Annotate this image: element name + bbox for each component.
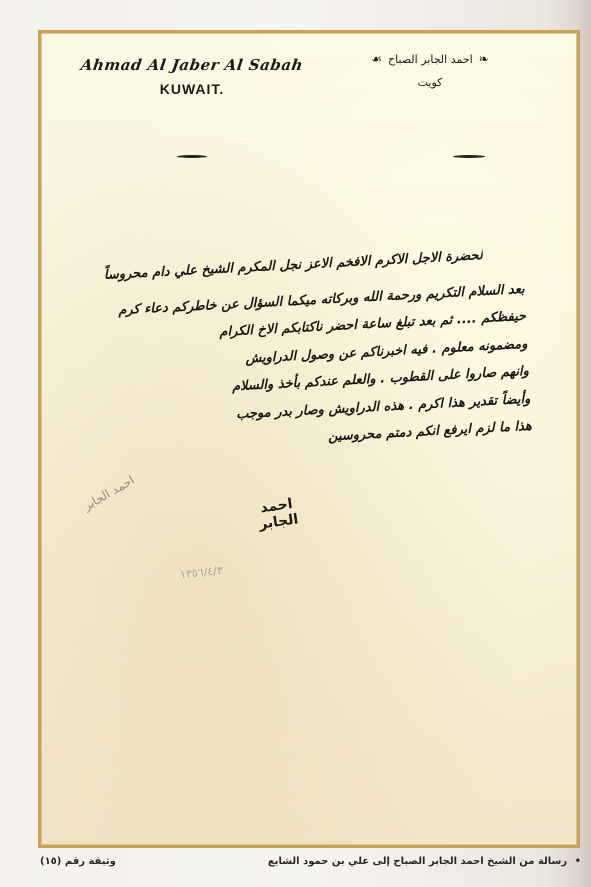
letterhead-arabic-rule (453, 155, 485, 158)
signature-seal: احمد الجابر (256, 495, 301, 538)
letterhead-english: Ahmad Al Jaber Al Sabah KUWAIT. (52, 56, 332, 97)
letterhead-english-name: Ahmad Al Jaber Al Sabah (51, 56, 334, 74)
book-caption: وثيقة رقم (١٥) • رسالة من الشيخ احمد الج… (0, 856, 591, 876)
letterhead-arabic-city: كويت (330, 76, 530, 89)
letterhead-arabic: ❧ احمد الجابر الصباح ☙ كويت (330, 52, 530, 89)
document-number: وثيقة رقم (١٥) (40, 856, 116, 867)
caption-description-wrap: • رسالة من الشيخ احمد الجابر الصباح إلى … (268, 856, 581, 867)
caption-description: رسالة من الشيخ احمد الجابر الصباح إلى عل… (268, 856, 567, 867)
letterhead-arabic-name: احمد الجابر الصباح (388, 53, 473, 66)
ornament-icon: ☙ (371, 52, 382, 66)
letterhead-english-city: KUWAIT. (52, 81, 332, 97)
letter-body: لحضرة الاجل الاكرم الافخم الاعز نجل المك… (63, 240, 533, 464)
letterhead-english-rule (177, 155, 207, 158)
ornament-icon: ❧ (479, 52, 489, 66)
bullet-icon: • (575, 856, 581, 867)
